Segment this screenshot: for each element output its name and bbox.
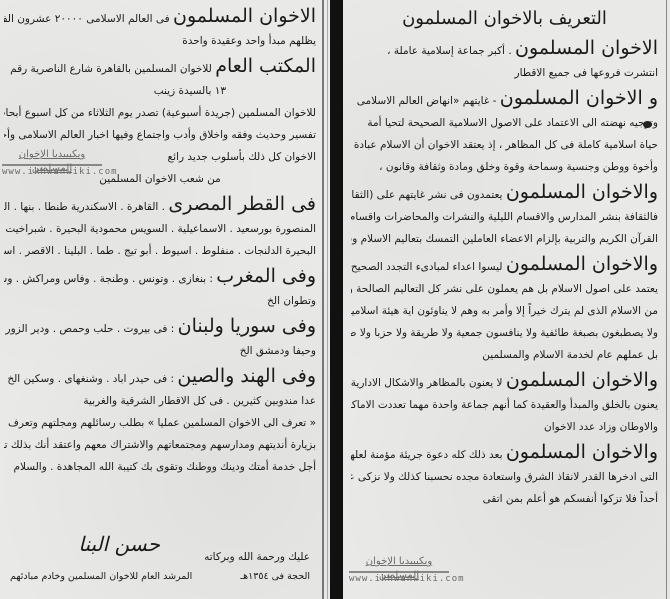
line-text: : فى بيروت . حلب وحمص . ودير الزور . (4, 323, 178, 335)
text-line: وفى سوريا ولبنان : فى بيروت . حلب وحمص .… (4, 312, 316, 340)
line-text: لا يعنون بالمظاهر والاشكال الادارية ولكن… (351, 377, 506, 389)
line-text: ليسوا اعداء لمبادىء التجدد الصحيح الذى (351, 261, 506, 273)
bold-lead: والاخوان المسلمون (506, 253, 658, 275)
text-line: أجل خدمة أمتك ودينك ووطنك وتقوى بك كتيبة… (4, 456, 316, 478)
text-line: وأخوة ووطن وجنسية وسماحة وقوة وخلق ومادة… (351, 156, 658, 178)
bold-lead: المكتب العام (215, 55, 316, 77)
signature: حسن البنا (78, 532, 160, 556)
text-line: البحيرة الدلنجات . منفلوط . اسيوط . أبو … (4, 240, 316, 262)
line-text: يعتمدون فى نشر غايتهم على (الثقافة والتر… (351, 189, 506, 201)
left-column-text: الاخوان المسلمون فى العالم الاسلامى ٢٠٠٠… (4, 2, 316, 478)
date: الحجة فى ١٣٥٤هـ (240, 571, 310, 582)
text-line: تفسير وحديث وفقه واخلاق وأدب واجتماع وفي… (4, 124, 316, 146)
line-text: : فى حيدر اباد . وشنغهاى . وسكين الخ (7, 373, 177, 385)
closing-text: عليك ورحمة الله وبركاته (204, 546, 310, 568)
text-line: والاخوان المسلمون يعتمدون فى نشر غايتهم … (351, 178, 658, 206)
line-text: بعد ذلك كله دعوة جريئة مؤمنة لعلها الدعو… (351, 449, 506, 461)
right-column-text: التعريف بالاخوان المسلمون الاخوان المسلم… (351, 4, 658, 510)
watermark-arabic: ويكيبيديا الإخوان المسلمين (2, 148, 102, 166)
text-line: حياة اسلامية كاملة فى كل المظاهر ، إذ يع… (351, 134, 658, 156)
text-line: انتشرت فروعها فى جميع الاقطار (351, 62, 658, 84)
watermark-url: www.ikhwanwiki.com (2, 166, 102, 179)
text-line: وحيفا ودمشق الخ (4, 340, 316, 362)
signature-title: المرشد العام للاخوان المسلمين وخادم مباد… (10, 571, 192, 582)
line-text: : بنغازى . وتونس . وطنجة . وفاس ومراكش .… (4, 273, 216, 285)
line-text: فى العالم الاسلامى ٢٠٠٠٠ عشرون الف (4, 13, 173, 25)
bold-lead: وفى سوريا ولبنان (178, 315, 316, 337)
column-rule (322, 0, 324, 599)
text-line: أحداً فلا تزكوا أنفسكم هو أعلم بمن اتقى (351, 488, 658, 510)
text-line: وتطوان الخ (4, 290, 316, 312)
text-line: وتوجيه نهضته الى الاعتماد على الاصول الا… (351, 112, 658, 134)
right-newspaper-column: التعريف بالاخوان المسلمون الاخوان المسلم… (343, 0, 670, 599)
bold-lead: فى القطر المصرى (168, 193, 316, 215)
text-line: ولا يصطبغون بصبغة طائفية ولا ينافسون جمع… (351, 322, 658, 344)
text-line: القرآن الكريم والتربية بإلزام الاعضاء ال… (351, 228, 658, 250)
text-line: يعنون بالخلق والمبدأ والعقيدة كما أنهم ج… (351, 394, 658, 416)
watermark: ويكيبيديا الإخوان المسلمين www.ikhwanwik… (2, 148, 102, 179)
text-line: وفى المغرب : بنغازى . وتونس . وطنجة . وف… (4, 262, 316, 290)
bold-lead: والاخوان المسلمون (506, 369, 658, 391)
text-line: فى القطر المصرى . القاهرة . الاسكندرية ط… (4, 190, 316, 218)
text-line: فالثقافة بنشر المدارس والاقسام الليلية و… (351, 206, 658, 228)
watermark-arabic: ويكيبيديا الإخوان المسلمين (349, 555, 449, 573)
line-text: . القاهرة . الاسكندرية طنطا . بنها . الز… (4, 201, 168, 213)
text-line: وفى الهند والصين : فى حيدر اباد . وشنغها… (4, 362, 316, 390)
text-line: من الاسلام الذى لم يترك خيراً إلا وأمر ب… (351, 300, 658, 322)
bold-lead: والاخوان المسلمون (506, 441, 658, 463)
text-line: بل عملهم عام لخدمة الاسلام والمسلمين (351, 344, 658, 366)
text-line: والاخوان المسلمون بعد ذلك كله دعوة جريئة… (351, 438, 658, 466)
bold-lead: الاخوان المسلمون (515, 37, 658, 59)
left-newspaper-column: الاخوان المسلمون فى العالم الاسلامى ٢٠٠٠… (0, 0, 330, 599)
bold-lead: و الاخوان المسلمون (500, 87, 658, 109)
text-line: « تعرف الى الاخوان المسلمين عمليا » بطلب… (4, 412, 316, 434)
text-line: التى ادخرها القدر لانقاذ الشرق واستعادة … (351, 466, 658, 488)
column-rule (666, 0, 667, 599)
line-text: - غايتهم «انهاض العالم الاسلامى (357, 95, 500, 107)
line-text: . أكبر جماعة إسلامية عاملة ، (387, 45, 515, 57)
line-text: للاخوان المسلمين بالقاهرة شارع الناصرية … (10, 63, 215, 75)
text-line: والاخوان المسلمون لا يعنون بالمظاهر والا… (351, 366, 658, 394)
text-line: يعتمد على اصول الاسلام بل هم يعملون على … (351, 278, 658, 300)
bold-lead: وفى المغرب (216, 265, 316, 287)
text-line: للاخوان المسلمين (جريدة أسبوعية) تصدر يو… (4, 102, 316, 124)
text-line: المكتب العام للاخوان المسلمين بالقاهرة ش… (4, 52, 316, 80)
column-rule (327, 0, 328, 599)
text-line: المنصورة بورسعيد . الاسماعيلية . السويس … (4, 218, 316, 240)
text-line: الاخوان المسلمون . أكبر جماعة إسلامية عا… (351, 34, 658, 62)
text-line: عدا مندوبين كثيرين . فى كل الاقطار الشرق… (4, 390, 316, 412)
text-line: الاخوان المسلمون فى العالم الاسلامى ٢٠٠٠… (4, 2, 316, 30)
watermark: ويكيبيديا الإخوان المسلمين www.ikhwanwik… (349, 555, 449, 586)
article-title: التعريف بالاخوان المسلمون (351, 4, 658, 34)
closing-block: عليك ورحمة الله وبركاته حسن البنا (4, 538, 310, 570)
ink-blot (643, 121, 652, 128)
bold-lead: الاخوان المسلمون (173, 5, 316, 27)
text-line: و الاخوان المسلمون - غايتهم «انهاض العال… (351, 84, 658, 112)
text-line: يظلهم مبدأ واحد وعقيدة واحدة (4, 30, 316, 52)
text-line: والاوطان وزاد عدد الاخوان (351, 416, 658, 438)
text-line: ١٣ بالسيدة زينب (4, 80, 316, 102)
bold-lead: والاخوان المسلمون (506, 181, 658, 203)
text-line: والاخوان المسلمون ليسوا اعداء لمبادىء ال… (351, 250, 658, 278)
watermark-url: www.ikhwanwiki.com (349, 573, 449, 586)
signature-footer: الحجة فى ١٣٥٤هـ المرشد العام للاخوان الم… (4, 571, 310, 591)
bold-lead: وفى الهند والصين (177, 365, 316, 387)
text-line: بزيارة أنديتهم ومدارسهم ومجتمعاتهم والاش… (4, 434, 316, 456)
